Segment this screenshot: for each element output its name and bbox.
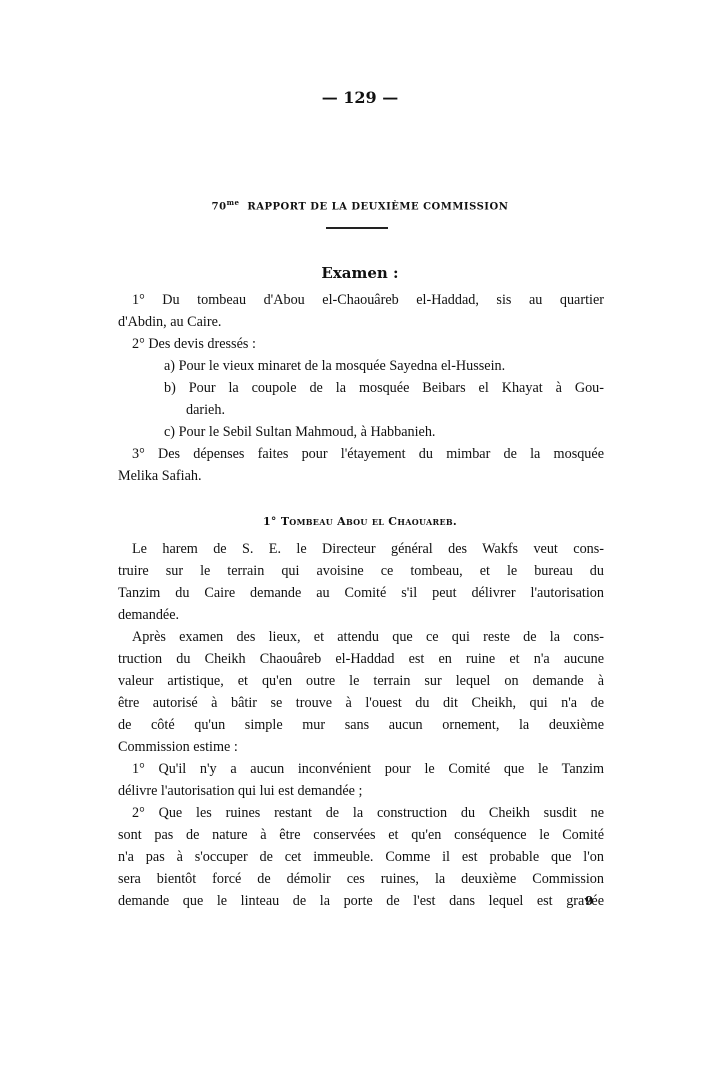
signature-mark: 9 [585,894,593,908]
examen-line: Melika Safiah. [118,465,604,487]
examen-list: 1° Du tombeau d'Abou el-Chaouâreb el-Had… [118,289,604,487]
examen-line: a) Pour le vieux minaret de la mosquée S… [118,355,604,377]
body-line: de côté qu'un simple mur sans aucun orne… [118,714,604,736]
body-line: délivre l'autorisation qui lui est deman… [118,780,604,802]
body-line: sera bientôt forcé de démolir ces ruines… [118,868,604,890]
page-number: — 129 — [0,88,720,107]
document-page: — 129 — 70me RAPPORT DE LA DEUXIÈME COMM… [0,0,720,1082]
heading-divider [326,227,388,229]
body-line: Le harem de S. E. le Directeur général d… [118,538,604,560]
body-line: 2° Que les ruines restant de la construc… [118,802,604,824]
report-ordinal-suffix: me [227,198,240,207]
section-title: 1° Tombeau Abou el Chaouareb. [0,515,720,528]
examen-title: Examen : [0,264,720,282]
examen-line: b) Pour la coupole de la mosquée Beibars… [118,377,604,399]
body-line: être autorisé à bâtir se trouve à l'oues… [118,692,604,714]
body-line: 1° Qu'il n'y a aucun inconvénient pour l… [118,758,604,780]
examen-line: c) Pour le Sebil Sultan Mahmoud, à Habba… [118,421,604,443]
body-line: truire sur le terrain qui avoisine ce to… [118,560,604,582]
examen-line: 3° Des dépenses faites pour l'étayement … [118,443,604,465]
examen-line: 2° Des devis dressés : [118,333,604,355]
examen-line: d'Abdin, au Caire. [118,311,604,333]
examen-line: darieh. [118,399,604,421]
body-line: demandée. [118,604,604,626]
report-heading: 70me RAPPORT DE LA DEUXIÈME COMMISSION [0,198,720,212]
body-line: Tanzim du Caire demande au Comité s'il p… [118,582,604,604]
body-line: truction du Cheikh Chaouâreb el-Haddad e… [118,648,604,670]
body-line: demande que le linteau de la porte de l'… [118,890,604,912]
body-line: n'a pas à s'occuper de cet immeuble. Com… [118,846,604,868]
body-line: Commission estime : [118,736,604,758]
report-title: RAPPORT DE LA DEUXIÈME COMMISSION [247,201,508,212]
body-line: Après examen des lieux, et attendu que c… [118,626,604,648]
report-ordinal: 70 [212,201,227,212]
examen-line: 1° Du tombeau d'Abou el-Chaouâreb el-Had… [118,289,604,311]
body-text: Le harem de S. E. le Directeur général d… [118,538,604,912]
body-line: sont pas de nature à être conservées et … [118,824,604,846]
body-line: valeur artistique, et qu'en outre le ter… [118,670,604,692]
